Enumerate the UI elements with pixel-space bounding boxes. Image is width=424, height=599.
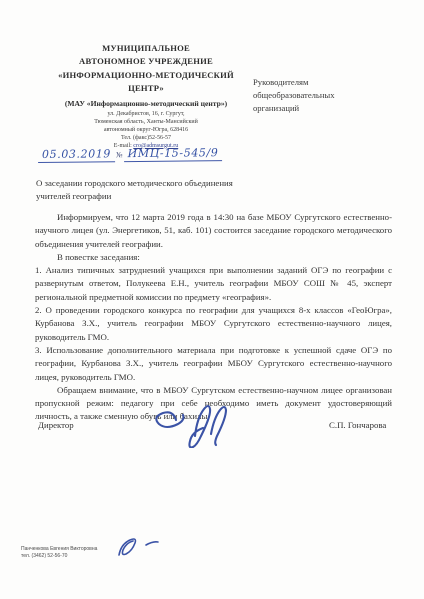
sender-address-line: Тюменская область, Ханты-Мансийский bbox=[30, 118, 262, 126]
org-name-line: МУНИЦИПАЛЬНОЕ bbox=[30, 42, 262, 55]
org-short-name: (МАУ «Информационно-методический центр») bbox=[30, 98, 262, 110]
recipient-block: Руководителям общеобразовательных органи… bbox=[253, 76, 403, 115]
sender-address-line: ул. Декабристов, 16, г. Сургут, bbox=[30, 110, 262, 118]
reference-line: 05.03.2019№ИМЦ-15-545/9 bbox=[38, 146, 238, 161]
sender-letterhead: МУНИЦИПАЛЬНОЕ АВТОНОМНОЕ УЧРЕЖДЕНИЕ «ИНФ… bbox=[30, 42, 262, 150]
signer-name: С.П. Гончарова bbox=[329, 420, 386, 430]
agenda-item-2: 2. О проведении городского конкурса по г… bbox=[35, 304, 392, 344]
recipient-line: общеобразовательных bbox=[253, 89, 403, 102]
executor-initials-icon bbox=[106, 536, 168, 562]
recipient-line: организаций bbox=[253, 102, 403, 115]
handwritten-date: 05.03.2019 bbox=[38, 147, 115, 163]
agenda-item-3: 3. Использование дополнительного материа… bbox=[35, 344, 392, 384]
number-sign: № bbox=[115, 151, 124, 159]
body-paragraph-info: Информируем, что 12 марта 2019 года в 14… bbox=[35, 211, 392, 251]
letter-subject: О заседании городского методического объ… bbox=[36, 177, 254, 203]
org-name-line: ЦЕНТР» bbox=[30, 82, 262, 95]
handwritten-signature-icon bbox=[148, 400, 234, 448]
sender-phone-line: Тел. (факс)52-56-57 bbox=[30, 134, 262, 142]
agenda-item-1: 1. Анализ типичных затруднений учащихся … bbox=[35, 264, 392, 304]
agenda-intro: В повестке заседания: bbox=[35, 251, 392, 264]
scanned-letter-page: МУНИЦИПАЛЬНОЕ АВТОНОМНОЕ УЧРЕЖДЕНИЕ «ИНФ… bbox=[0, 0, 424, 599]
letter-body: Информируем, что 12 марта 2019 года в 14… bbox=[35, 211, 392, 424]
org-name-line: АВТОНОМНОЕ УЧРЕЖДЕНИЕ bbox=[30, 55, 262, 68]
sender-address-line: автономный округ-Югра, 628416 bbox=[30, 126, 262, 134]
recipient-line: Руководителям bbox=[253, 76, 403, 89]
handwritten-outgoing-number: ИМЦ-15-545/9 bbox=[124, 146, 223, 162]
signer-role: Директор bbox=[38, 420, 74, 430]
org-name-line: «ИНФОРМАЦИОННО-МЕТОДИЧЕСКИЙ bbox=[30, 69, 262, 82]
